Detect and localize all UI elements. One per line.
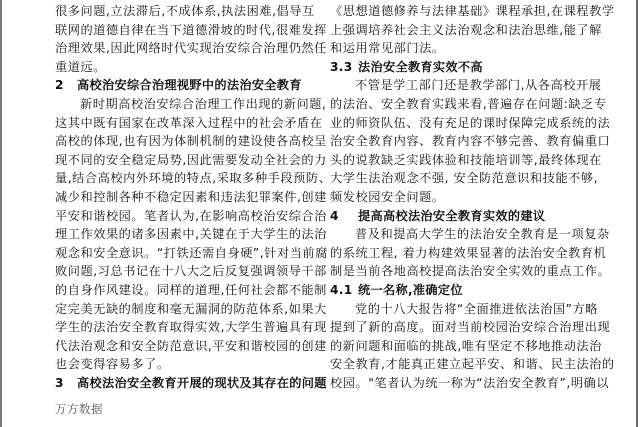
paragraph-line: 高校的体现,也有因为体制机制的建设使各高校呈 <box>55 132 317 151</box>
page-border-left <box>0 0 2 427</box>
section-title: 统一名称,准确定位 <box>358 283 463 297</box>
paragraph-line: 头的说教缺乏实践体验和技能培训等,最终体现在 <box>330 151 592 170</box>
paragraph-line: 大学生法治观念不强, 安全防范意识和技能不够, <box>330 169 592 188</box>
paragraph-line: 现不同的安全稳定局势,因此需要发动全社会的力 <box>55 151 317 170</box>
paragraph-line: 安全教育,才能真正建立起平安、和谐、民主法治的 <box>330 355 592 374</box>
section-number: 2 <box>55 76 77 95</box>
paragraph-line: 量,结合高校内外环境的特点,采取多种手段预防、 <box>55 169 317 188</box>
paragraph-line: 普及和提高大学生的法治安全教育是一项复杂 <box>330 225 592 244</box>
paragraph-line: 败问题,习总书记在十八大之后反复强调领导干部 <box>55 262 317 281</box>
paragraph-line: 制是当前各地高校提高法治安全实效的重点工作。 <box>330 262 592 281</box>
paragraph-line: 校园。"笔者认为统一称为“法治安全教育”,明确以 <box>330 374 592 393</box>
section-heading-4: 4提高高校法治安全教育实效的建议 <box>330 207 592 226</box>
paragraph-line: 定完美无缺的制度和毫无漏洞的防范体系,如果大 <box>55 300 317 319</box>
page-border-right <box>636 0 638 427</box>
paragraph-line: 学生的法治安全教育取得实效,大学生普遍具有现 <box>55 318 317 337</box>
paragraph-line: 的系统工程, 着力构建效果显著的法治安全教育机 <box>330 244 592 263</box>
section-heading-4-1: 4.1统一名称,准确定位 <box>330 281 592 300</box>
paragraph-line: 治安全教育内容、教育内容不够完善、教育偏重口 <box>330 132 592 151</box>
paragraph-line: 很多问题,立法滞后,不成体系,执法困难,倡导互 <box>55 2 317 21</box>
paragraph-line: 频发校园安全问题。 <box>330 188 592 207</box>
section-number: 3.3 <box>330 58 358 77</box>
paragraph-line: 党的十八大报告将“全面推进依法治国”方略 <box>330 300 592 319</box>
paragraph-line: 提到了新的高度。面对当前校园治安综合治理出现 <box>330 318 592 337</box>
paragraph-line: 业的师资队伍、没有充足的课时保障完成系统的法 <box>330 114 592 133</box>
left-column: 很多问题,立法滞后,不成体系,执法困难,倡导互 联网的道德自律在当下道德滑坡的时… <box>55 2 317 392</box>
paragraph-line: 这其中既有国家在改革深入过程中的社会矛盾在 <box>55 114 317 133</box>
paragraph-line: 的法治、安全教育实践来看,普遍存在问题:缺乏专 <box>330 95 592 114</box>
paragraph-line: 新时期高校治安综合治理工作出现的新问题, <box>55 95 317 114</box>
paragraph-line: 不管是学工部门还是教学部门,从各高校开展 <box>330 76 592 95</box>
paragraph-line: 联网的道德自律在当下道德滑坡的时代,很难发挥 <box>55 21 317 40</box>
paragraph-line: 也会变得容易多了。 <box>55 355 317 374</box>
paragraph-line: 治理效果,因此网络时代实现治安综合治理仍然任 <box>55 39 317 58</box>
paragraph-line: 观念和安全意识。“打铁还需自身硬”,针对当前腐 <box>55 244 317 263</box>
paragraph-line: 的自身作风建设。同样的道理,任何社会都不能制 <box>55 281 317 300</box>
section-title: 高校法治安全教育开展的现状及其存在的问题 <box>77 376 327 390</box>
section-title: 高校治安综合治理视野中的法治安全教育 <box>77 78 302 92</box>
section-title: 法治安全教育实效不高 <box>358 60 483 74</box>
watermark: 万方数据 <box>55 401 103 417</box>
paragraph-line: 的新问题和面临的挑战,唯有坚定不移地推动法治 <box>330 337 592 356</box>
section-heading-2: 2高校治安综合治理视野中的法治安全教育 <box>55 76 317 95</box>
section-number: 3 <box>55 374 77 393</box>
section-number: 4 <box>330 207 358 226</box>
paragraph-line: 上强调培养社会主义法治观念和法治思维,能了解 <box>330 21 592 40</box>
paragraph-line: 重道远。 <box>55 58 317 77</box>
section-number: 4.1 <box>330 281 358 300</box>
section-heading-3-3: 3.3法治安全教育实效不高 <box>330 58 592 77</box>
paragraph-line: 理工作效果的诸多因素中,关键在于大学生的法治 <box>55 225 317 244</box>
paragraph-line: 平安和谐校园。笔者认为,在影响高校治安综合治 <box>55 207 317 226</box>
paragraph-line: 和运用常见部门法。 <box>330 39 592 58</box>
paragraph-line: 代法治观念和安全防范意识,平安和谐校园的创建 <box>55 337 317 356</box>
section-title: 提高高校法治安全教育实效的建议 <box>358 209 545 223</box>
paragraph-line: 《思想道德修养与法律基础》课程承担,在课程教学 <box>330 2 592 21</box>
right-column: 《思想道德修养与法律基础》课程承担,在课程教学 上强调培养社会主义法治观念和法治… <box>330 2 592 392</box>
section-heading-3: 3高校法治安全教育开展的现状及其存在的问题 <box>55 374 317 393</box>
paragraph-line: 减少和控制各种不稳定因素和违法犯罪案件,创建 <box>55 188 317 207</box>
